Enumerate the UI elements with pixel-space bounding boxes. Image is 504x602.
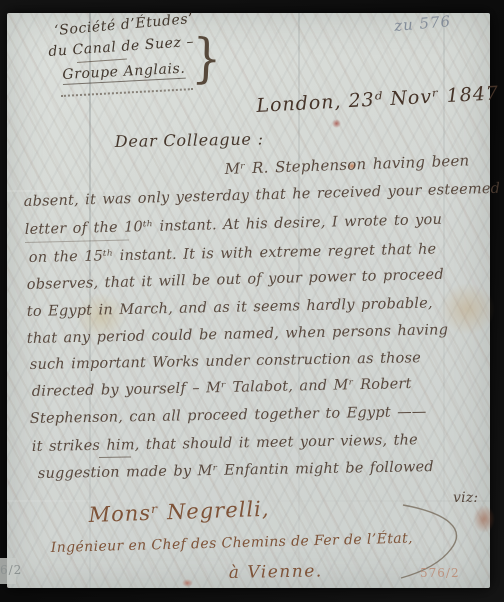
body-line: Mʳ R. Stephenson having been — [224, 151, 469, 178]
addressee-title: Ingénieur en Chef des Chemins de Fer de … — [51, 531, 413, 556]
body-line: letter of the 10ᵗʰ instant. At his desir… — [25, 212, 443, 238]
addressee-city: à Vienne. — [229, 561, 323, 583]
letterhead-line-2: du Canal de Suez – — [48, 34, 195, 60]
letter-sheet: ‘Société d’Études’ du Canal de Suez – Gr… — [7, 13, 490, 588]
date-underline — [25, 239, 129, 243]
dateline: London, 23ᵈ Novʳ 1847 — [256, 82, 500, 117]
body-line: to Egypt in March, and as it seems hardl… — [27, 296, 433, 320]
archival-number-left: 6/2 — [0, 563, 22, 577]
archival-number: 576/2 — [420, 566, 460, 580]
him-underline — [99, 456, 131, 458]
letterhead-line-3: Groupe Anglais. — [62, 61, 186, 85]
ink-blot — [332, 119, 341, 128]
salutation: Dear Colleague : — [115, 129, 264, 151]
addressee-name: Monsʳ Negrelli, — [88, 497, 270, 527]
canal-underline — [77, 59, 127, 63]
body-line: suggestion made by Mʳ Enfantin might be … — [38, 459, 434, 482]
letterhead-brace: } — [191, 26, 222, 89]
photo-background: ‘Société d’Études’ du Canal de Suez – Gr… — [0, 0, 504, 602]
body-line: absent, it was only yesterday that he re… — [24, 181, 501, 210]
letterhead-dotted-rule — [61, 88, 193, 97]
ink-blot — [182, 579, 193, 587]
